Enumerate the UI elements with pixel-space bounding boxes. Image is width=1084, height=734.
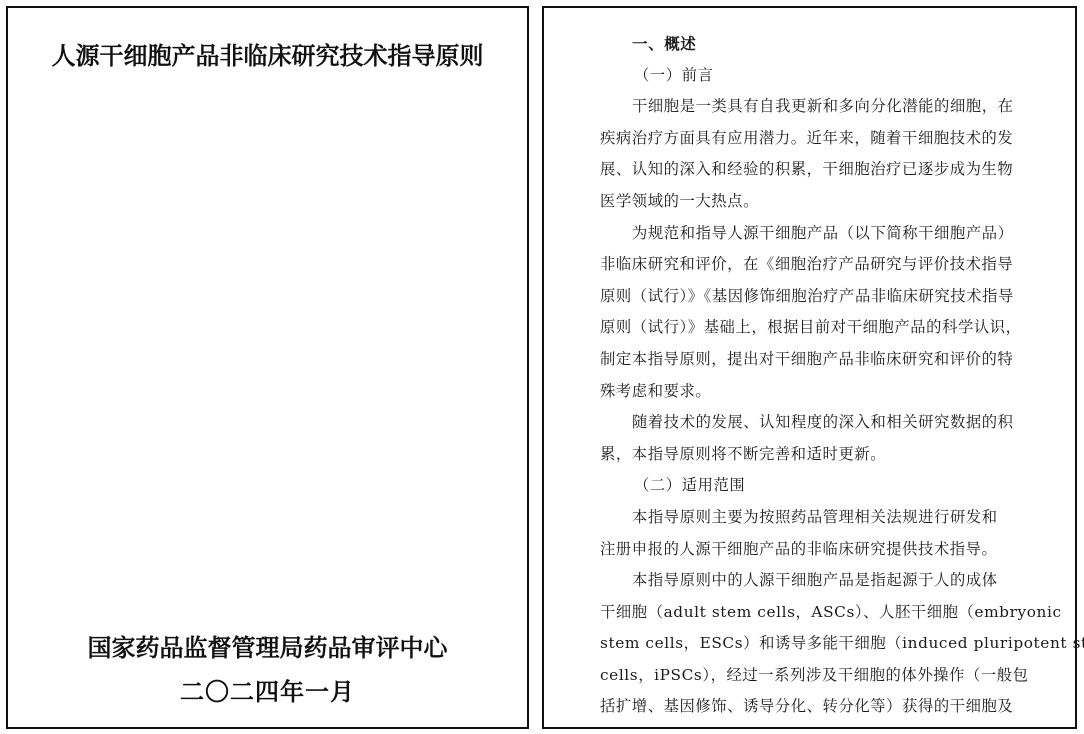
issue-date: 二〇二四年一月 bbox=[8, 672, 527, 707]
text-line: 括扩增、基因修饰、诱导分化、转分化等）获得的干细胞及 bbox=[600, 691, 1020, 723]
text-line: 本指导原则中的人源干细胞产品是指起源于人的成体 bbox=[600, 565, 1020, 597]
text-line: 干细胞是一类具有自我更新和多向分化潜能的细胞，在 bbox=[600, 91, 1020, 123]
text-line: 为规范和指导人源干细胞产品（以下简称干细胞产品） bbox=[600, 218, 1020, 250]
subsection-heading: （一）前言 bbox=[600, 60, 1020, 92]
text-line: 展、认知的深入和经验的积累，干细胞治疗已逐步成为生物 bbox=[600, 154, 1020, 186]
text-line: 制定本指导原则，提出对干细胞产品非临床研究和评价的特 bbox=[600, 344, 1020, 376]
cover-page: 人源干细胞产品非临床研究技术指导原则 国家药品监督管理局药品审评中心 二〇二四年… bbox=[6, 6, 529, 729]
text-line: 随着技术的发展、认知程度的深入和相关研究数据的积 bbox=[600, 407, 1020, 439]
text-line: 疾病治疗方面具有应用潜力。近年来，随着干细胞技术的发 bbox=[600, 123, 1020, 155]
text-line: 原则（试行）》基础上，根据目前对干细胞产品的科学认识， bbox=[600, 312, 1020, 344]
text-line: stem cells，ESCs）和诱导多能干细胞（induced pluripo… bbox=[600, 628, 1020, 660]
text-line: 殊考虑和要求。 bbox=[600, 376, 1020, 408]
section-heading: 一、概述 bbox=[600, 28, 1020, 60]
text-line: 原则（试行）》《基因修饰细胞治疗产品非临床研究技术指导 bbox=[600, 281, 1020, 313]
text-line: 非临床研究和评价，在《细胞治疗产品研究与评价技术指导 bbox=[600, 249, 1020, 281]
text-line: 干细胞（adult stem cells，ASCs）、人胚干细胞（embryon… bbox=[600, 597, 1020, 629]
text-line: 注册申报的人源干细胞产品的非临床研究提供技术指导。 bbox=[600, 534, 1020, 566]
text-line: cells，iPSCs），经过一系列涉及干细胞的体外操作（一般包 bbox=[600, 660, 1020, 692]
content-page: 一、概述（一）前言干细胞是一类具有自我更新和多向分化潜能的细胞，在疾病治疗方面具… bbox=[542, 6, 1077, 729]
document-title: 人源干细胞产品非临床研究技术指导原则 bbox=[8, 36, 527, 71]
issuing-organization: 国家药品监督管理局药品审评中心 bbox=[8, 628, 527, 663]
subsection-heading: （二）适用范围 bbox=[600, 470, 1020, 502]
text-line: 医学领域的一大热点。 bbox=[600, 186, 1020, 218]
body-text: 一、概述（一）前言干细胞是一类具有自我更新和多向分化潜能的细胞，在疾病治疗方面具… bbox=[600, 28, 1020, 723]
text-line: 累，本指导原则将不断完善和适时更新。 bbox=[600, 439, 1020, 471]
text-line: 本指导原则主要为按照药品管理相关法规进行研发和 bbox=[600, 502, 1020, 534]
